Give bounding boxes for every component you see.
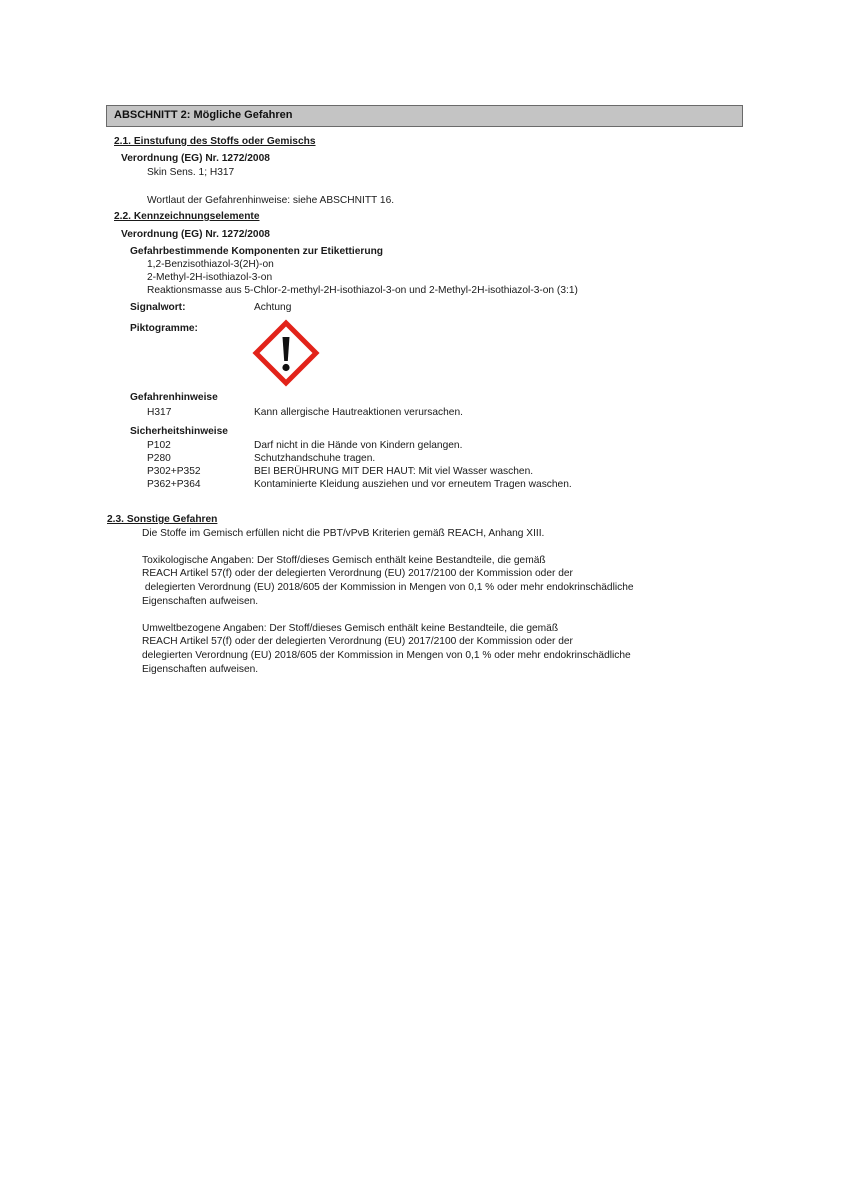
pbt-statement: Die Stoffe im Gemisch erfüllen nicht die…: [142, 528, 544, 540]
tox-line: REACH Artikel 57(f) oder der delegierten…: [142, 568, 573, 580]
precautionary-statements-label: Sicherheitshinweise: [130, 426, 228, 438]
precaution-code: P362+P364: [147, 479, 201, 491]
ghs07-exclamation-icon: [252, 319, 320, 387]
precaution-text: Kontaminierte Kleidung ausziehen und vor…: [254, 479, 572, 491]
pictogram-label: Piktogramme:: [130, 323, 198, 335]
precaution-code: P102: [147, 440, 171, 452]
regulation-2-2: Verordnung (EG) Nr. 1272/2008: [121, 229, 270, 241]
signal-word-value: Achtung: [254, 302, 291, 314]
classification: Skin Sens. 1; H317: [147, 167, 234, 179]
env-line: Umweltbezogene Angaben: Der Stoff/dieses…: [142, 623, 558, 635]
section-header: ABSCHNITT 2: Mögliche Gefahren: [106, 105, 743, 127]
tox-line: Eigenschaften aufweisen.: [142, 596, 258, 608]
precaution-text: BEI BERÜHRUNG MIT DER HAUT: Mit viel Was…: [254, 466, 533, 478]
precaution-text: Darf nicht in die Hände von Kindern gela…: [254, 440, 462, 452]
tox-line: delegierten Verordnung (EU) 2018/605 der…: [142, 582, 634, 594]
env-line: Eigenschaften aufweisen.: [142, 664, 258, 676]
env-line: REACH Artikel 57(f) oder der delegierten…: [142, 636, 573, 648]
hazard-statements-label: Gefahrenhinweise: [130, 392, 218, 404]
hazard-code: H317: [147, 407, 171, 419]
precaution-code: P280: [147, 453, 171, 465]
components-label: Gefahrbestimmende Komponenten zur Etiket…: [130, 246, 383, 258]
component-item: Reaktionsmasse aus 5-Chlor-2-methyl-2H-i…: [147, 285, 578, 297]
classification-note: Wortlaut der Gefahrenhinweise: siehe ABS…: [147, 195, 394, 207]
tox-line: Toxikologische Angaben: Der Stoff/dieses…: [142, 555, 546, 567]
component-item: 2-Methyl-2H-isothiazol-3-on: [147, 272, 272, 284]
heading-2-1: 2.1. Einstufung des Stoffs oder Gemischs: [114, 136, 316, 148]
hazard-text: Kann allergische Hautreaktionen verursac…: [254, 407, 463, 419]
precaution-code: P302+P352: [147, 466, 201, 478]
regulation-2-1: Verordnung (EG) Nr. 1272/2008: [121, 153, 270, 165]
heading-2-3: 2.3. Sonstige Gefahren: [107, 514, 217, 526]
heading-2-2: 2.2. Kennzeichnungselemente: [114, 211, 260, 223]
env-line: delegierten Verordnung (EU) 2018/605 der…: [142, 650, 631, 662]
precaution-text: Schutzhandschuhe tragen.: [254, 453, 375, 465]
signal-word-label: Signalwort:: [130, 302, 185, 314]
component-item: 1,2-Benzisothiazol-3(2H)-on: [147, 259, 274, 271]
section-title: ABSCHNITT 2: Mögliche Gefahren: [114, 110, 292, 122]
